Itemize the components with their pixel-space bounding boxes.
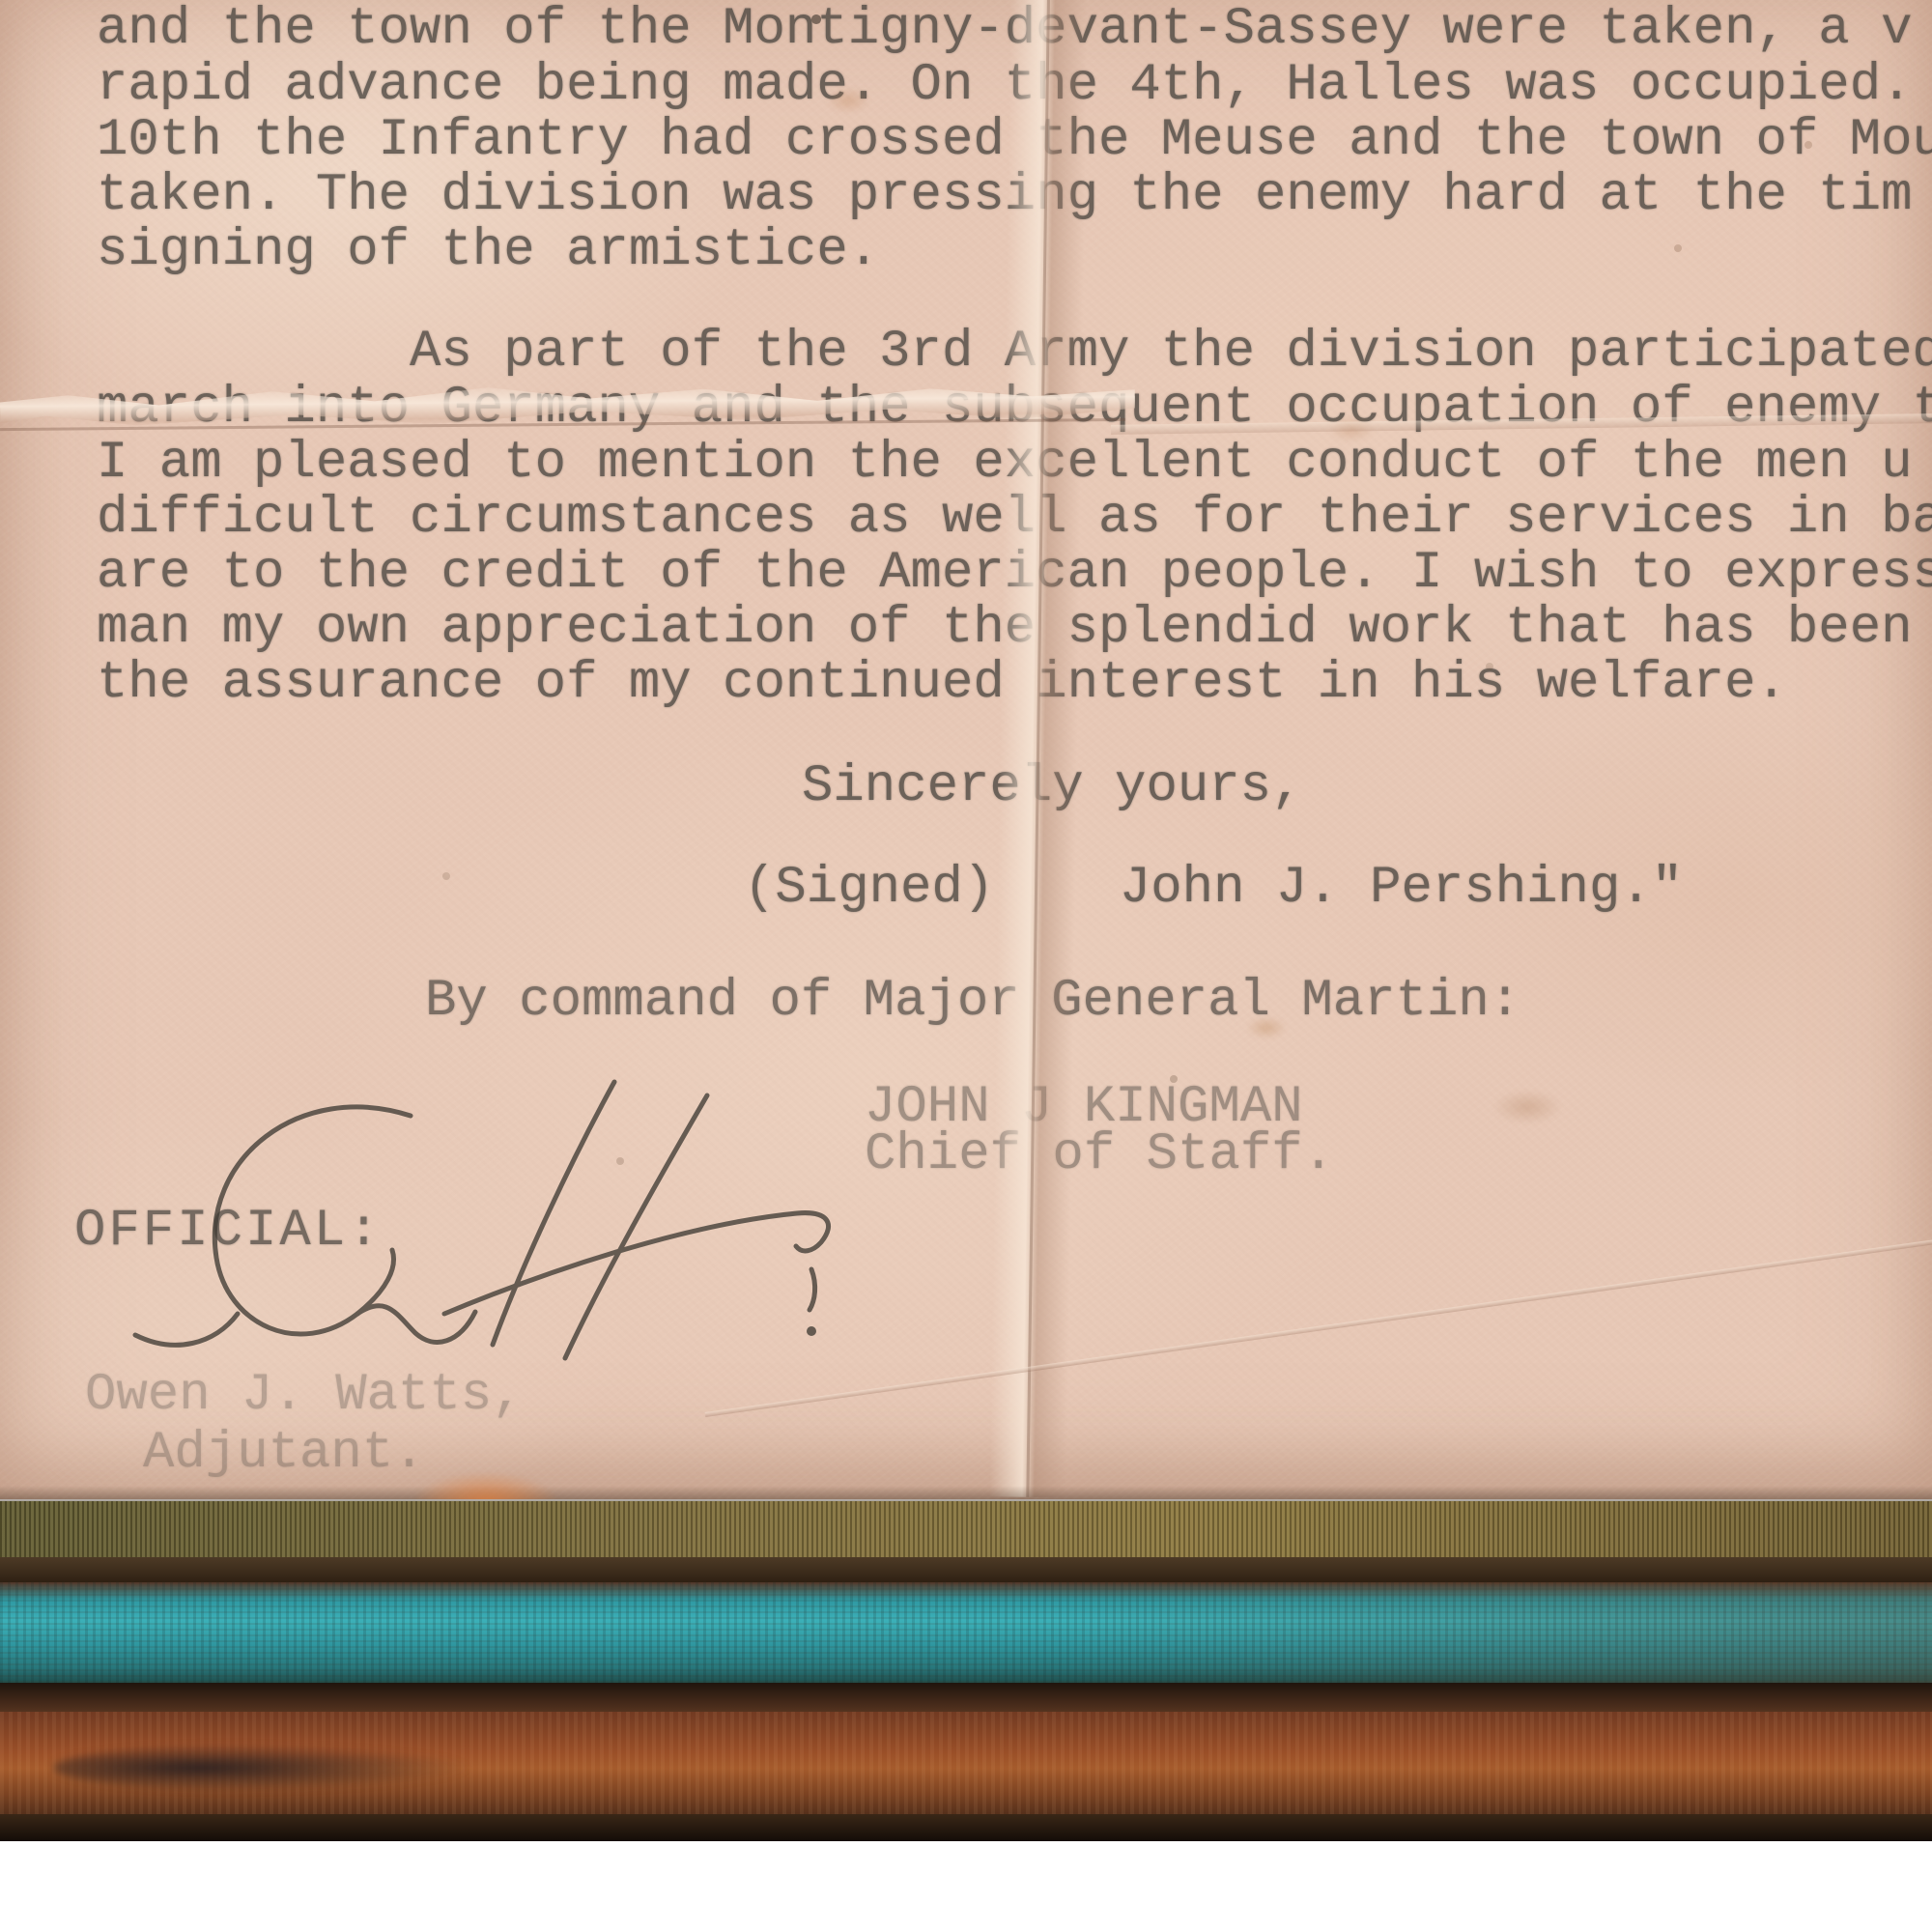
framed-letter-photo: and the town of the Montigny-devant-Sass… [0,0,1932,1932]
paper-stain [1492,1090,1562,1124]
frame-olive-band [0,1501,1932,1557]
orange-stain [413,1472,558,1499]
by-command-line: By command of Major General Martin: [425,976,1520,1028]
letter-line: taken. The division was pressing the ene… [97,170,1913,222]
paper-stain [1246,1016,1287,1039]
letter-paper: and the town of the Montigny-devant-Sass… [0,0,1932,1499]
letter-line: and the town of the Montigny-devant-Sass… [97,4,1913,56]
letter-line: signing of the armistice. [97,225,879,277]
frame-dark-band [0,1557,1932,1582]
frame-scuff-mark [53,1745,469,1791]
paper-stain [826,87,870,114]
chief-of-staff-title: Chief of Staff. [865,1129,1334,1181]
diagonal-crease [705,1237,1932,1417]
letter-line: rapid advance being made. On the 4th, Ha… [97,60,1913,112]
frame-dark-band [0,1683,1932,1712]
closing-signed-pershing: (Signed) John J. Pershing." [744,863,1683,915]
handwritten-signature [77,1024,869,1391]
frame-teal-band [0,1582,1932,1683]
paper-specks [0,0,4,4]
letter-line: the assurance of my continued interest i… [97,658,1787,710]
picture-frame [0,1486,1932,1841]
background [0,1841,1932,1932]
frame-bottom-edge [0,1814,1932,1841]
adjutant-title: Adjutant. [143,1428,425,1480]
